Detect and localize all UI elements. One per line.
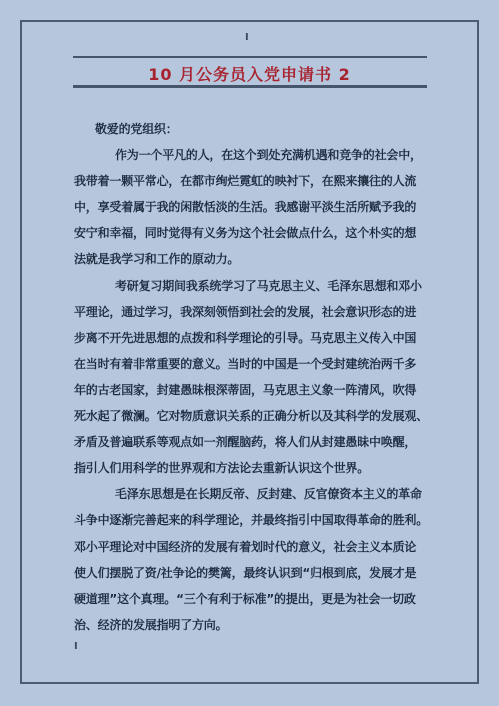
body-line: 在当时有着非常重要的意义。当时的中国是一个受封建统治两千多 [74, 351, 436, 377]
body-line: 邓小平理论对中国经济的发展有着划时代的意义，社会主义本质论 [74, 534, 436, 560]
body-line: 我带着一颗平常心，在都市绚烂霓虹的映衬下，在熙来攘往的人流 [74, 168, 436, 194]
body-line: 硬道理”这个真理。“三个有利于标准”的提出，更是为社会一切政 [74, 586, 436, 612]
body-line: 死水起了微澜。它对物质意识关系的正确分析以及其科学的发展观、 [74, 403, 436, 429]
body-line: 中，享受着属于我的闲散恬淡的生活。我感谢平淡生活所赋予我的 [74, 194, 436, 220]
body-line: 安宁和幸福，同时觉得有义务为这个社会做点什么，这个朴实的想 [74, 220, 436, 246]
body-line: 毛泽东思想是在长期反帝、反封建、反官僚资本主义的革命 [74, 481, 436, 507]
body-line: 斗争中逐渐完善起来的科学理论，并最终指引中国取得革命的胜利。 [74, 507, 436, 533]
body-line: 步离不开先进思想的点拨和科学理论的引导。马克思主义传入中国 [74, 325, 436, 351]
body-line: 矛盾及普遍联系等观点如一剂醒脑药，将人们从封建愚昧中唤醒， [74, 429, 436, 455]
body-line: 指引人们用科学的世界观和方法论去重新认识这个世界。 [74, 455, 436, 481]
greeting-line: 敬爱的党组织： [74, 116, 436, 142]
title-rule-bottom [73, 85, 427, 88]
document-body: 敬爱的党组织： 作为一个平凡的人，在这个到处充满机遇和竞争的社会中， 我带着一颗… [74, 116, 436, 638]
body-line: 法就是我学习和工作的原动力。 [74, 246, 436, 272]
body-line: 年的古老国家，封建愚昧根深蒂固，马克思主义象一阵清风，吹得 [74, 377, 436, 403]
page-background: { "theme": { "background_color": "#b6c7d… [0, 0, 499, 706]
body-line: 治、经济的发展指明了方向。 [74, 612, 436, 638]
body-line: 作为一个平凡的人，在这个到处充满机遇和竞争的社会中， [74, 142, 436, 168]
body-line: 使人们摆脱了资/社争论的樊篱，最终认识到“归根到底，发展才是 [74, 560, 436, 586]
body-line: 平理论，通过学习，我深刻领悟到社会的发展，社会意识形态的进 [74, 299, 436, 325]
caret-mark-bottom: I [74, 642, 78, 652]
body-line: 考研复习期间我系统学习了马克思主义、毛泽东思想和邓小 [74, 273, 436, 299]
caret-mark-top: I [245, 33, 249, 43]
title-rule-top [73, 56, 427, 58]
document-title: 10 月公务员入党申请书 2 [0, 62, 499, 85]
